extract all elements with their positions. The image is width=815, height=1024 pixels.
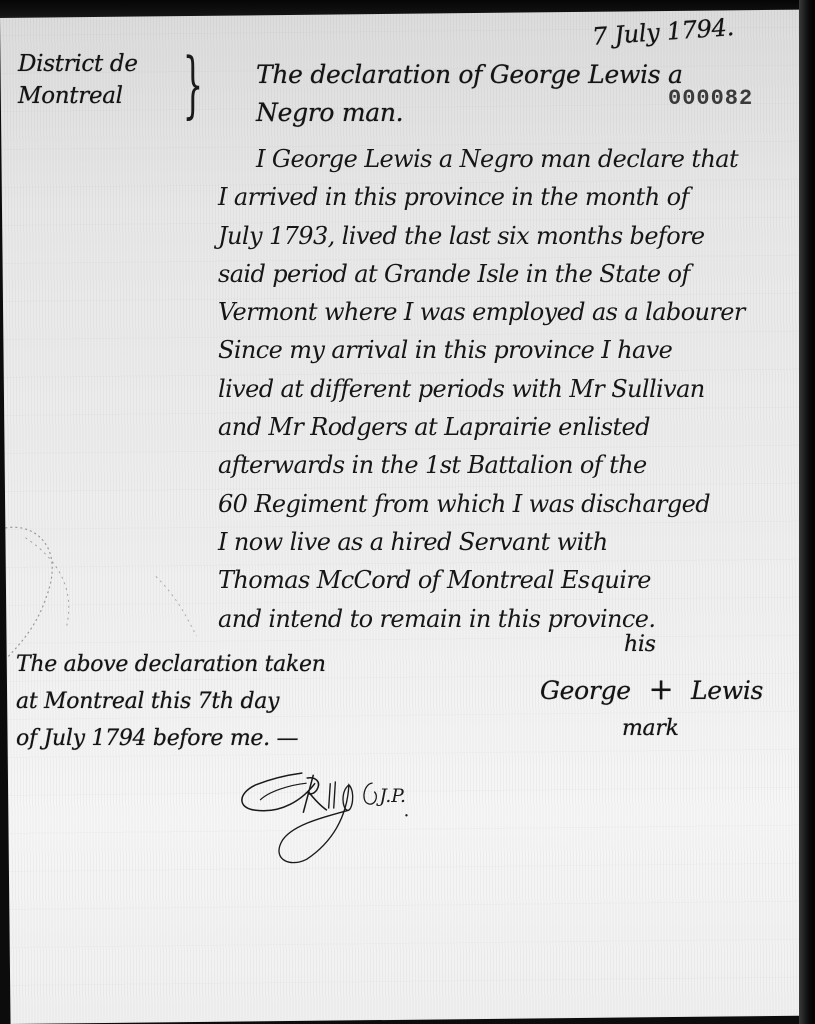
body-line: Since my arrival in this province I have [218,331,745,369]
declaration-title: The declaration of George Lewis a Negro … [256,56,683,132]
body-line: said period at Grande Isle in the State … [218,255,745,293]
title-line-2: Negro man. [256,94,683,132]
body-line: I George Lewis a Negro man declare that [218,140,745,178]
declaration-body: I George Lewis a Negro man declare that … [218,140,745,638]
body-line: Vermont where I was employed as a labour… [218,293,745,331]
body-line: Thomas McCord of Montreal Esquire [218,561,745,599]
district-label: District de Montreal [18,48,138,112]
signature-first-name: George [540,676,631,705]
signature-his: his [624,632,656,657]
curly-brace-mark: } [183,48,204,120]
attestation-line: The above declaration taken [16,646,326,683]
scan-right-edge [799,0,815,1024]
signature-mark-label: mark [622,716,679,741]
body-line: and Mr Rodgers at Laprairie enlisted [218,408,745,446]
attestation-block: The above declaration taken at Montreal … [16,646,326,757]
archive-stamp-number: 000082 [668,86,753,111]
title-line-1: The declaration of George Lewis a [256,56,683,94]
district-line-2: Montreal [18,80,138,112]
cross-mark-icon: + [648,672,673,707]
attestation-line: of July 1794 before me. — [16,720,326,757]
body-line: and intend to remain in this province. [218,600,745,638]
svg-text:J.P.: J.P. [375,786,406,807]
district-line-1: District de [18,48,138,80]
attestation-line: at Montreal this 7th day [16,683,326,720]
declarant-signature: George + Lewis [540,672,763,707]
signature-last-name: Lewis [691,676,763,705]
body-line: afterwards in the 1st Battalion of the [218,446,745,484]
body-line: 60 Regiment from which I was discharged [218,485,745,523]
body-line: July 1793, lived the last six months bef… [218,217,745,255]
body-line: I now live as a hired Servant with [218,523,745,561]
body-line: lived at different periods with Mr Sulli… [218,370,745,408]
body-line: I arrived in this province in the month … [218,178,745,216]
magistrate-signature-flourish: J. McGill J.P. J.P. [222,758,442,876]
